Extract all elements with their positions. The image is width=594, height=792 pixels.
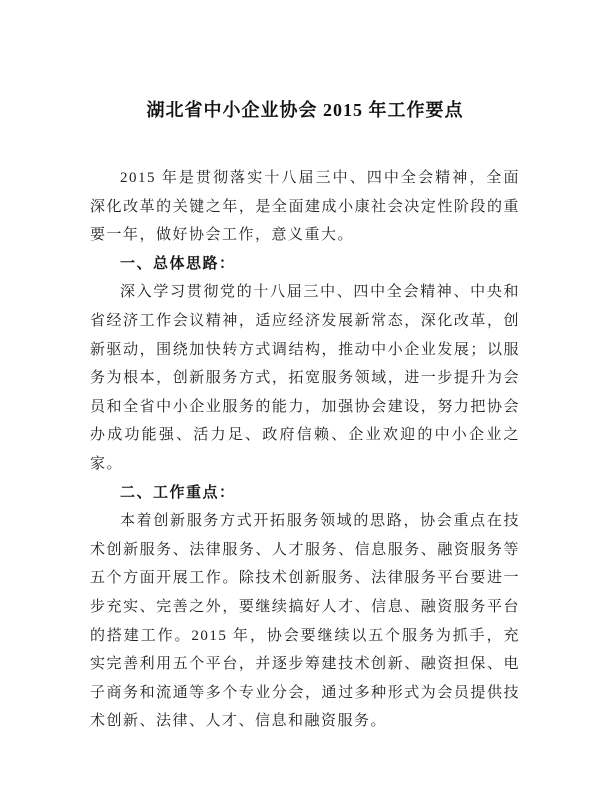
document-title: 湖北省中小企业协会 2015 年工作要点: [90, 98, 520, 122]
document-content: 湖北省中小企业协会 2015 年工作要点 2015 年是贯彻落实十八届三中、四中…: [90, 98, 520, 736]
body-paragraph: 深入学习贯彻党的十八届三中、四中全会精神、中央和省经济工作会议精神，适应经济发展…: [90, 278, 520, 478]
section-heading: 二、工作重点：: [90, 479, 520, 508]
section-heading: 一、总体思路：: [90, 250, 520, 279]
document-body: 2015 年是贯彻落实十八届三中、四中全会精神，全面深化改革的关键之年，是全面建…: [90, 164, 520, 736]
body-paragraph: 本着创新服务方式开拓服务领域的思路，协会重点在技术创新服务、法律服务、人才服务、…: [90, 507, 520, 736]
body-paragraph: 2015 年是贯彻落实十八届三中、四中全会精神，全面深化改革的关键之年，是全面建…: [90, 164, 520, 250]
document-page: 湖北省中小企业协会 2015 年工作要点 2015 年是贯彻落实十八届三中、四中…: [0, 0, 594, 792]
